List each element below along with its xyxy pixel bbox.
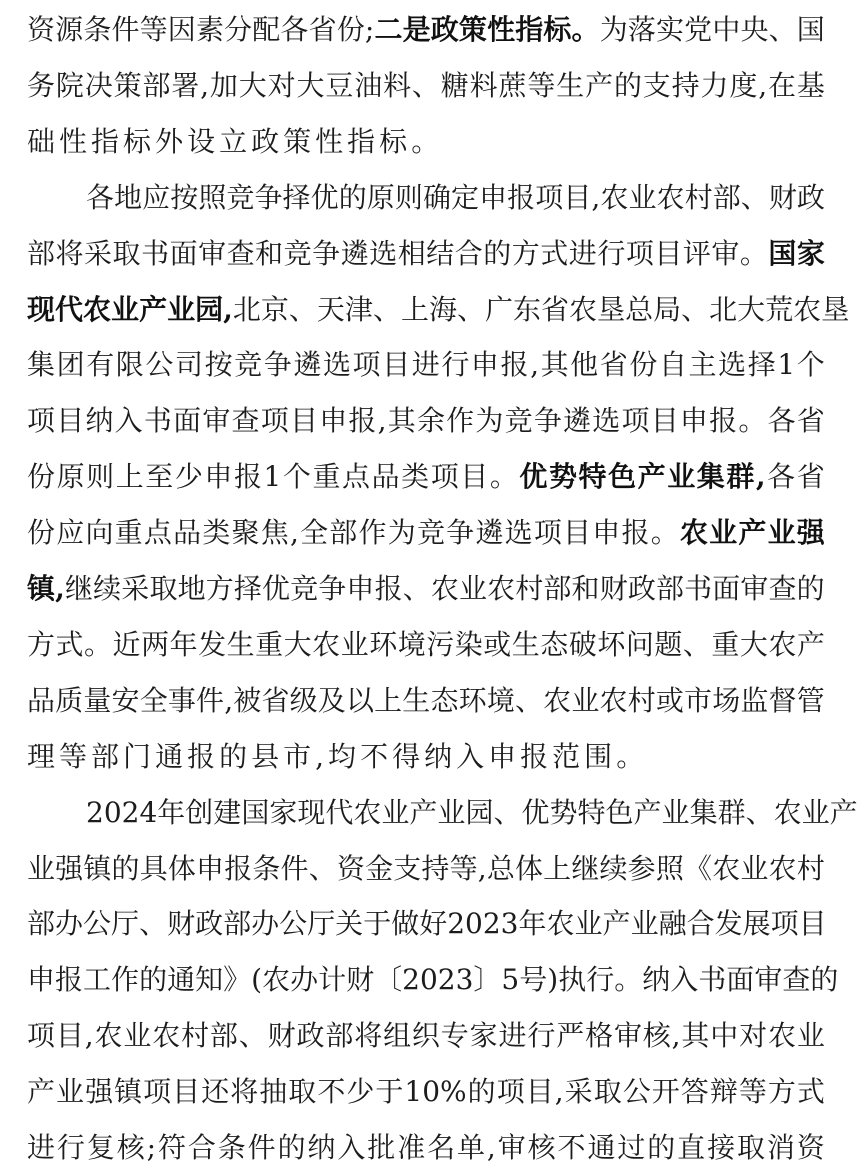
body-text: 品 — [173, 513, 201, 553]
body-text: 大 — [239, 66, 267, 106]
body-text: 态 — [540, 625, 568, 665]
body-text: 报 — [348, 401, 376, 441]
body-text: 抽 — [259, 1072, 287, 1112]
body-text: 遴 — [563, 401, 591, 441]
body-text: 或 — [656, 681, 684, 721]
body-text: 为 — [475, 401, 503, 441]
body-text: 式 — [540, 234, 568, 274]
body-text: 审 — [498, 1128, 526, 1168]
body-text: 格 — [585, 1016, 613, 1056]
body-text: 主 — [689, 345, 717, 385]
body-text: 津 — [345, 290, 373, 330]
body-text: 不 — [558, 1128, 586, 1168]
body-text: 择 — [748, 345, 776, 385]
bold-text: 农 — [83, 290, 111, 330]
body-text: 争 — [312, 234, 340, 274]
body-text: 市 — [684, 681, 712, 721]
body-text: 油 — [354, 66, 382, 106]
body-text: 农 — [768, 625, 796, 665]
body-text: 策 — [283, 122, 311, 162]
body-text: 审 — [614, 1016, 642, 1056]
body-text: 目 — [799, 904, 827, 944]
body-text: 院 — [56, 66, 84, 106]
body-text: , — [378, 401, 387, 441]
body-text: 农 — [769, 849, 797, 889]
body-text: 题 — [654, 625, 682, 665]
body-text: 党 — [684, 10, 712, 50]
body-text: 择 — [234, 569, 262, 609]
bold-text: 势 — [549, 457, 577, 497]
bold-text: 业 — [709, 513, 737, 553]
body-text: 《 — [684, 849, 712, 889]
body-text: 织 — [412, 1016, 440, 1056]
text-line: 务院决策部署,加大对大豆油料、糖料蔗等生产的支持力度,在基 — [27, 66, 825, 106]
body-text: , — [530, 345, 539, 385]
body-text: 项 — [497, 1072, 525, 1112]
body-text: 源 — [55, 10, 83, 50]
body-text: 审 — [740, 569, 768, 609]
body-text: 金 — [365, 849, 393, 889]
body-text: 度 — [729, 66, 757, 106]
body-text: 申 — [471, 345, 499, 385]
body-text: 政 — [628, 569, 656, 609]
body-text: 份 — [27, 513, 55, 553]
body-text: 取 — [288, 1072, 316, 1112]
body-text: 继 — [65, 569, 93, 609]
body-text: 不 — [360, 737, 388, 777]
body-text: 条 — [218, 1128, 246, 1168]
body-text: 目 — [56, 401, 84, 441]
body-text: , — [290, 513, 299, 553]
body-text: 合 — [188, 1128, 216, 1168]
body-text: 项 — [27, 1016, 55, 1056]
body-text: 业 — [662, 793, 690, 833]
text-line: 部办公厅、财政部办公厅关于做好2023年农业产业融合发展项目 — [27, 904, 825, 944]
body-text: 直 — [677, 1128, 705, 1168]
body-text: 面 — [170, 234, 198, 274]
body-text: 门 — [123, 737, 151, 777]
body-text: 申 — [204, 457, 232, 497]
body-text: 的 — [797, 569, 825, 609]
body-text: 立 — [219, 122, 247, 162]
body-text: 10% — [404, 1072, 466, 1112]
body-text: 北 — [233, 290, 261, 330]
body-text: 财 — [600, 569, 628, 609]
body-text: 年 — [157, 793, 185, 833]
body-text: 生 — [556, 66, 584, 106]
body-text: 色 — [606, 793, 634, 833]
text-line: 理等部门通报的县市,均不得纳入申报范围。 — [27, 737, 825, 777]
body-text: 报 — [224, 849, 252, 889]
body-text: 报 — [55, 960, 83, 1000]
body-text: 重 — [255, 625, 283, 665]
body-text: 生 — [512, 625, 540, 665]
body-text: 等 — [140, 10, 168, 50]
body-text: 行 — [586, 960, 614, 1000]
body-text: 问 — [626, 625, 654, 665]
body-text: 行 — [527, 1016, 555, 1056]
body-text: 批 — [367, 1128, 395, 1168]
bold-text: 标 — [543, 10, 571, 50]
body-text: 名 — [427, 1128, 455, 1168]
body-text: 业 — [437, 793, 465, 833]
body-text: 争 — [534, 401, 562, 441]
body-text: 目 — [460, 457, 488, 497]
body-text: 标 — [123, 122, 151, 162]
body-text: 项 — [626, 234, 654, 274]
body-text: 照 — [198, 178, 226, 218]
body-text: 司 — [175, 345, 203, 385]
bold-text: 国 — [768, 234, 796, 274]
body-text: 总 — [625, 290, 653, 330]
body-text: 1 — [264, 457, 282, 497]
body-text: 申 — [196, 849, 224, 889]
body-text: 书 — [684, 569, 712, 609]
body-text: 产 — [603, 904, 631, 944]
body-text: 目 — [526, 1072, 554, 1112]
body-text: 农 — [547, 904, 575, 944]
body-text: 务 — [27, 66, 55, 106]
bold-text: 群 — [726, 457, 754, 497]
body-text: 申 — [680, 401, 708, 441]
body-text: 事 — [168, 681, 196, 721]
body-text: 则 — [86, 457, 114, 497]
body-text: 料 — [470, 66, 498, 106]
body-text: 生 — [227, 625, 255, 665]
body-text: 续 — [93, 569, 121, 609]
body-text: 、 — [515, 681, 543, 721]
body-text: 参 — [628, 849, 656, 889]
bold-text: 家 — [797, 234, 825, 274]
body-text: ; — [147, 1128, 156, 1168]
body-text: 定 — [451, 178, 479, 218]
body-text: 农 — [657, 178, 685, 218]
body-text: 场 — [712, 681, 740, 721]
body-text: 优 — [311, 178, 339, 218]
body-text: 入 — [670, 960, 698, 1000]
bold-text: , — [756, 457, 766, 497]
body-text: 好 — [419, 904, 447, 944]
body-text: 重 — [312, 457, 340, 497]
body-text: 村 — [515, 569, 543, 609]
body-text: 竞 — [505, 401, 533, 441]
body-text: 大 — [296, 66, 324, 106]
body-text: 向 — [85, 513, 113, 553]
body-text: 办 — [290, 960, 318, 1000]
body-text: 式 — [56, 625, 84, 665]
body-text: 公 — [279, 904, 307, 944]
body-text: 核 — [117, 1128, 145, 1168]
body-text: 件 — [196, 681, 224, 721]
body-text: 将 — [354, 1016, 382, 1056]
body-text: 建 — [213, 793, 241, 833]
bold-text: 强 — [797, 513, 825, 553]
body-text: 业 — [740, 849, 768, 889]
body-text: 、 — [769, 10, 797, 50]
body-text: 等 — [59, 737, 87, 777]
body-text: 的 — [483, 234, 511, 274]
body-text: 集 — [690, 793, 718, 833]
body-text: 污 — [426, 625, 454, 665]
body-text: 争 — [254, 178, 282, 218]
body-text: 〕 — [473, 960, 501, 1000]
body-text: 、 — [373, 290, 401, 330]
body-text: 书 — [698, 960, 726, 1000]
body-text: 件 — [111, 10, 139, 50]
body-text: 、 — [403, 569, 431, 609]
body-text: 素 — [196, 10, 224, 50]
body-text: 业 — [27, 849, 55, 889]
body-text: 特 — [578, 793, 606, 833]
body-text: 项 — [621, 401, 649, 441]
body-text: 势 — [549, 793, 577, 833]
body-text: 被 — [233, 681, 261, 721]
body-text: 进 — [412, 345, 440, 385]
body-text: 代 — [325, 793, 353, 833]
body-text: 聚 — [232, 513, 260, 553]
body-text: 资 — [337, 849, 365, 889]
body-text: 上 — [401, 290, 429, 330]
body-text: 他 — [570, 345, 598, 385]
body-text: 目 — [651, 401, 679, 441]
body-text: 在 — [768, 66, 796, 106]
body-text: 申 — [592, 513, 620, 553]
body-text: 年 — [519, 904, 547, 944]
body-text: 农 — [600, 178, 628, 218]
body-text: 配 — [252, 10, 280, 50]
body-text: 项 — [534, 513, 562, 553]
body-text: 份 — [629, 345, 657, 385]
body-text: 的 — [810, 960, 838, 1000]
body-text: 申 — [488, 737, 516, 777]
body-text: 则 — [395, 178, 423, 218]
body-text: 不 — [317, 1072, 345, 1112]
body-text: 性 — [315, 122, 343, 162]
body-text: 县 — [251, 737, 279, 777]
body-text: 、 — [683, 625, 711, 665]
body-text: 因 — [168, 10, 196, 50]
body-text: 省 — [309, 10, 337, 50]
body-text: 面 — [712, 569, 740, 609]
text-line: 份应向重点品类聚焦,全部作为竞争遴选项目申报。农业产业强 — [27, 513, 825, 553]
body-text: 将 — [56, 234, 84, 274]
body-text: 家 — [470, 1016, 498, 1056]
body-text: 为 — [388, 513, 416, 553]
bold-text: 业 — [167, 290, 195, 330]
bold-text: 现 — [27, 290, 55, 330]
body-text: 个 — [283, 457, 311, 497]
body-text: 近 — [113, 625, 141, 665]
text-line: 品质量安全事件,被省级及以上生态环境、农业农村或市场监督管 — [27, 681, 825, 721]
bold-text: 。 — [572, 10, 600, 50]
body-text: 单 — [457, 1128, 485, 1168]
body-text: , — [591, 178, 600, 218]
body-text: 过 — [617, 1128, 645, 1168]
body-text: 报 — [507, 178, 535, 218]
body-text: 择 — [283, 178, 311, 218]
body-text: 优 — [521, 793, 549, 833]
body-text: 生 — [402, 681, 430, 721]
body-text: 准 — [397, 1128, 425, 1168]
text-line: 项目,农业农村部、财政部将组织专家进行严格审核,其中对农业 — [27, 1016, 825, 1056]
body-text: 政 — [296, 1016, 324, 1056]
body-text: 糖 — [441, 66, 469, 106]
body-text: 豆 — [325, 66, 353, 106]
body-text: 坏 — [597, 625, 625, 665]
body-text: 业 — [123, 1016, 151, 1056]
body-text: 其 — [388, 401, 416, 441]
body-text: 等 — [450, 849, 478, 889]
body-text: 产 — [634, 793, 662, 833]
body-text: 产 — [830, 793, 858, 833]
body-text: 优 — [262, 569, 290, 609]
body-text: 财 — [769, 178, 797, 218]
body-text: 选 — [505, 513, 533, 553]
body-text: 资 — [27, 10, 55, 50]
body-text: 入 — [456, 737, 484, 777]
body-text: 目 — [290, 401, 318, 441]
body-text: 得 — [392, 737, 420, 777]
body-text: 、 — [457, 290, 485, 330]
body-text: 。 — [411, 122, 439, 162]
body-text: 〔 — [374, 960, 402, 1000]
body-text: 选 — [718, 345, 746, 385]
body-text: 展 — [743, 904, 771, 944]
body-text: 部 — [713, 178, 741, 218]
bold-text: 性 — [487, 10, 515, 50]
body-text: 类 — [401, 457, 429, 497]
body-text: 农 — [312, 625, 340, 665]
body-text: 项 — [261, 401, 289, 441]
body-text: 农 — [768, 1016, 796, 1056]
body-text: 海 — [429, 290, 457, 330]
body-text: 村 — [685, 178, 713, 218]
body-text: 竞 — [290, 569, 318, 609]
body-text: 大 — [740, 625, 768, 665]
body-text: 的 — [614, 66, 642, 106]
body-text: , — [85, 1016, 94, 1056]
bold-text: 业 — [768, 513, 796, 553]
body-text: 农 — [262, 960, 290, 1000]
body-text: 应 — [142, 178, 170, 218]
body-text: 重 — [711, 625, 739, 665]
bold-text: 策 — [459, 10, 487, 50]
body-text: 中 — [710, 1016, 738, 1056]
body-text: 续 — [600, 849, 628, 889]
body-text: 争 — [318, 569, 346, 609]
body-text: 的 — [339, 178, 367, 218]
body-text: 进 — [27, 1128, 55, 1168]
body-text: 辩 — [710, 1072, 738, 1112]
body-text: 作 — [446, 401, 474, 441]
body-text: 及 — [318, 681, 346, 721]
body-text: 各 — [768, 401, 796, 441]
body-text: 外 — [155, 122, 183, 162]
body-text: 落 — [628, 10, 656, 50]
body-text: 策 — [114, 66, 142, 106]
body-text: , — [672, 1016, 681, 1056]
body-text: 市 — [283, 737, 311, 777]
body-text: 核 — [643, 1016, 671, 1056]
body-text: 份 — [337, 10, 365, 50]
body-text: 产 — [27, 1072, 55, 1112]
body-text: 安 — [112, 681, 140, 721]
body-text: 环 — [459, 681, 487, 721]
body-text: 少 — [175, 457, 203, 497]
body-text: 份 — [27, 457, 55, 497]
body-text: 选 — [369, 234, 397, 274]
body-text: 部 — [329, 513, 357, 553]
body-text: 件 — [281, 849, 309, 889]
body-text: 部 — [27, 234, 55, 274]
body-text: 应 — [56, 513, 84, 553]
body-text: 、 — [412, 66, 440, 106]
body-text: 开 — [652, 1072, 680, 1112]
body-text: 部 — [543, 569, 571, 609]
body-text: 行 — [441, 345, 469, 385]
body-text: 加 — [210, 66, 238, 106]
body-text: 办 — [55, 904, 83, 944]
body-text: 作 — [359, 513, 387, 553]
body-text: 政 — [797, 178, 825, 218]
body-text: 强 — [55, 849, 83, 889]
body-text: 部 — [142, 66, 170, 106]
body-text: 报 — [375, 569, 403, 609]
body-text: 和 — [572, 569, 600, 609]
body-text: 北 — [709, 290, 737, 330]
body-text: 性 — [59, 122, 87, 162]
body-text: 行 — [597, 234, 625, 274]
bold-text: 产 — [139, 290, 167, 330]
body-text: 均 — [328, 737, 356, 777]
body-text: 目 — [654, 234, 682, 274]
body-text: 。 — [616, 737, 644, 777]
body-text: 审 — [198, 234, 226, 274]
body-text: 、 — [139, 904, 167, 944]
body-text: 确 — [423, 178, 451, 218]
body-text: 遴 — [475, 513, 503, 553]
body-text: 方 — [27, 625, 55, 665]
body-text: 部 — [656, 569, 684, 609]
body-text: 农 — [600, 681, 628, 721]
body-text: 至 — [145, 457, 173, 497]
body-text: 审 — [711, 234, 739, 274]
body-text: 5 — [501, 960, 519, 1000]
body-text: 为 — [600, 10, 628, 50]
body-text: 消 — [767, 1128, 795, 1168]
body-text: 村 — [628, 681, 656, 721]
body-text: 2023 — [447, 904, 518, 944]
body-text: 按 — [205, 345, 233, 385]
body-text: 采 — [565, 1072, 593, 1112]
body-text: 体 — [168, 849, 196, 889]
body-text: 目 — [563, 178, 591, 218]
body-text: 面 — [173, 401, 201, 441]
body-text: 严 — [556, 1016, 584, 1056]
body-text: 的 — [219, 737, 247, 777]
body-text: 书 — [144, 401, 172, 441]
body-text: 农 — [94, 1016, 122, 1056]
body-text: 两 — [141, 625, 169, 665]
body-text: 境 — [487, 681, 515, 721]
body-text: 纳 — [307, 1128, 335, 1168]
body-text: 复 — [87, 1128, 115, 1168]
body-text: 公 — [145, 345, 173, 385]
body-text: 部 — [27, 904, 55, 944]
body-text: 通 — [155, 737, 183, 777]
body-text: 点 — [144, 513, 172, 553]
body-text: 遴 — [341, 234, 369, 274]
